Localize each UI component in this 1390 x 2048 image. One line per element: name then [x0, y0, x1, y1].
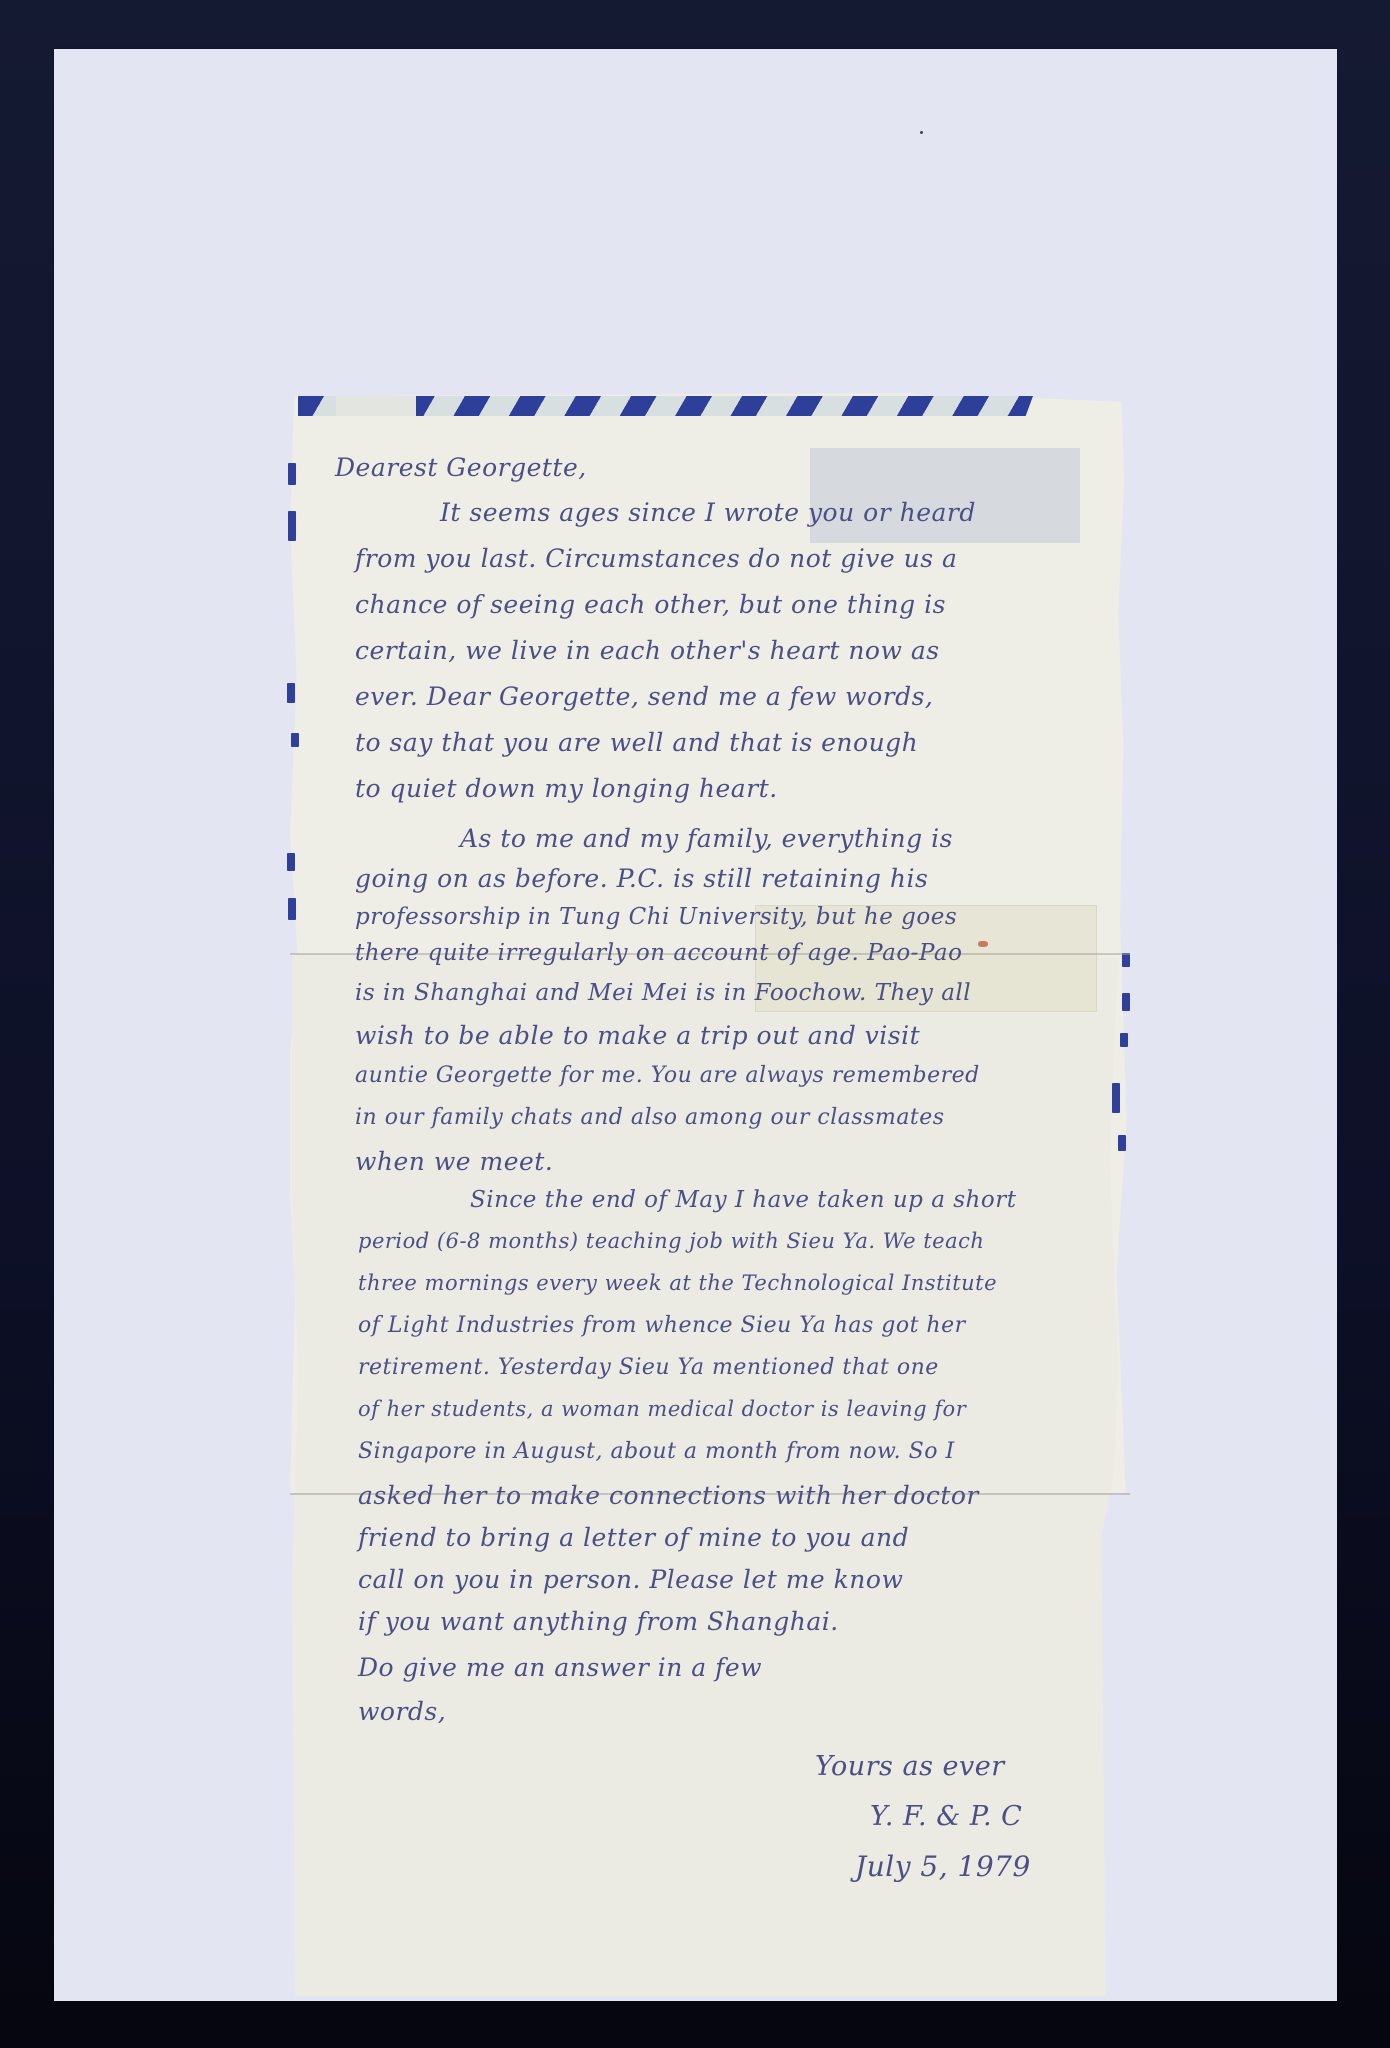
letter-line: Since the end of May I have taken up a s…: [470, 1189, 1016, 1212]
signature: Y. F. & P. C: [870, 1803, 1022, 1830]
letter-line: As to me and my family, everything is: [460, 826, 953, 851]
letter-line: Singapore in August, about a month from …: [358, 1441, 955, 1463]
dust-speck: [920, 131, 923, 134]
letter-line: ever. Dear Georgette, send me a few word…: [355, 684, 933, 709]
letter-line: auntie Georgette for me. You are always …: [355, 1065, 980, 1087]
letter-line: professorship in Tung Chi University, bu…: [355, 906, 957, 929]
letter-line: chance of seeing each other, but one thi…: [355, 592, 946, 617]
letter-line: to quiet down my longing heart.: [355, 776, 778, 801]
salutation: Dearest Georgette,: [335, 455, 587, 480]
letter-line: period (6-8 months) teaching job with Si…: [358, 1231, 984, 1252]
letter-line: three mornings every week at the Technol…: [358, 1273, 997, 1294]
handwritten-body: Dearest Georgette, It seems ages since I…: [290, 393, 1130, 1996]
letter-line: asked her to make connections with her d…: [358, 1483, 979, 1508]
letter-line: if you want anything from Shanghai.: [358, 1609, 839, 1634]
letter-line: wish to be able to make a trip out and v…: [355, 1023, 920, 1048]
letter-line: is in Shanghai and Mei Mei is in Foochow…: [355, 982, 971, 1005]
letter-line: words,: [358, 1699, 446, 1724]
letter-line: when we meet.: [355, 1149, 553, 1174]
letter-line: retirement. Yesterday Sieu Ya mentioned …: [358, 1357, 939, 1379]
letter-line: there quite irregularly on account of ag…: [355, 942, 962, 965]
letter-line: friend to bring a letter of mine to you …: [358, 1525, 909, 1550]
letter-line: of her students, a woman medical doctor …: [358, 1399, 966, 1420]
letter-line: to say that you are well and that is eno…: [355, 730, 918, 755]
aerogramme-letter: Dearest Georgette, It seems ages since I…: [290, 393, 1130, 1996]
letter-line: from you last. Circumstances do not give…: [355, 546, 957, 571]
letter-line: in our family chats and also among our c…: [355, 1107, 945, 1129]
letter-line: call on you in person. Please let me kno…: [358, 1567, 903, 1592]
valediction: Yours as ever: [815, 1753, 1005, 1780]
letter-date: July 5, 1979: [855, 1853, 1031, 1881]
letter-line: It seems ages since I wrote you or heard: [440, 500, 976, 525]
letter-line: going on as before. P.C. is still retain…: [355, 866, 928, 891]
letter-line: of Light Industries from whence Sieu Ya …: [358, 1315, 966, 1337]
letter-line: Do give me an answer in a few: [358, 1655, 762, 1680]
letter-line: certain, we live in each other's heart n…: [355, 638, 940, 663]
